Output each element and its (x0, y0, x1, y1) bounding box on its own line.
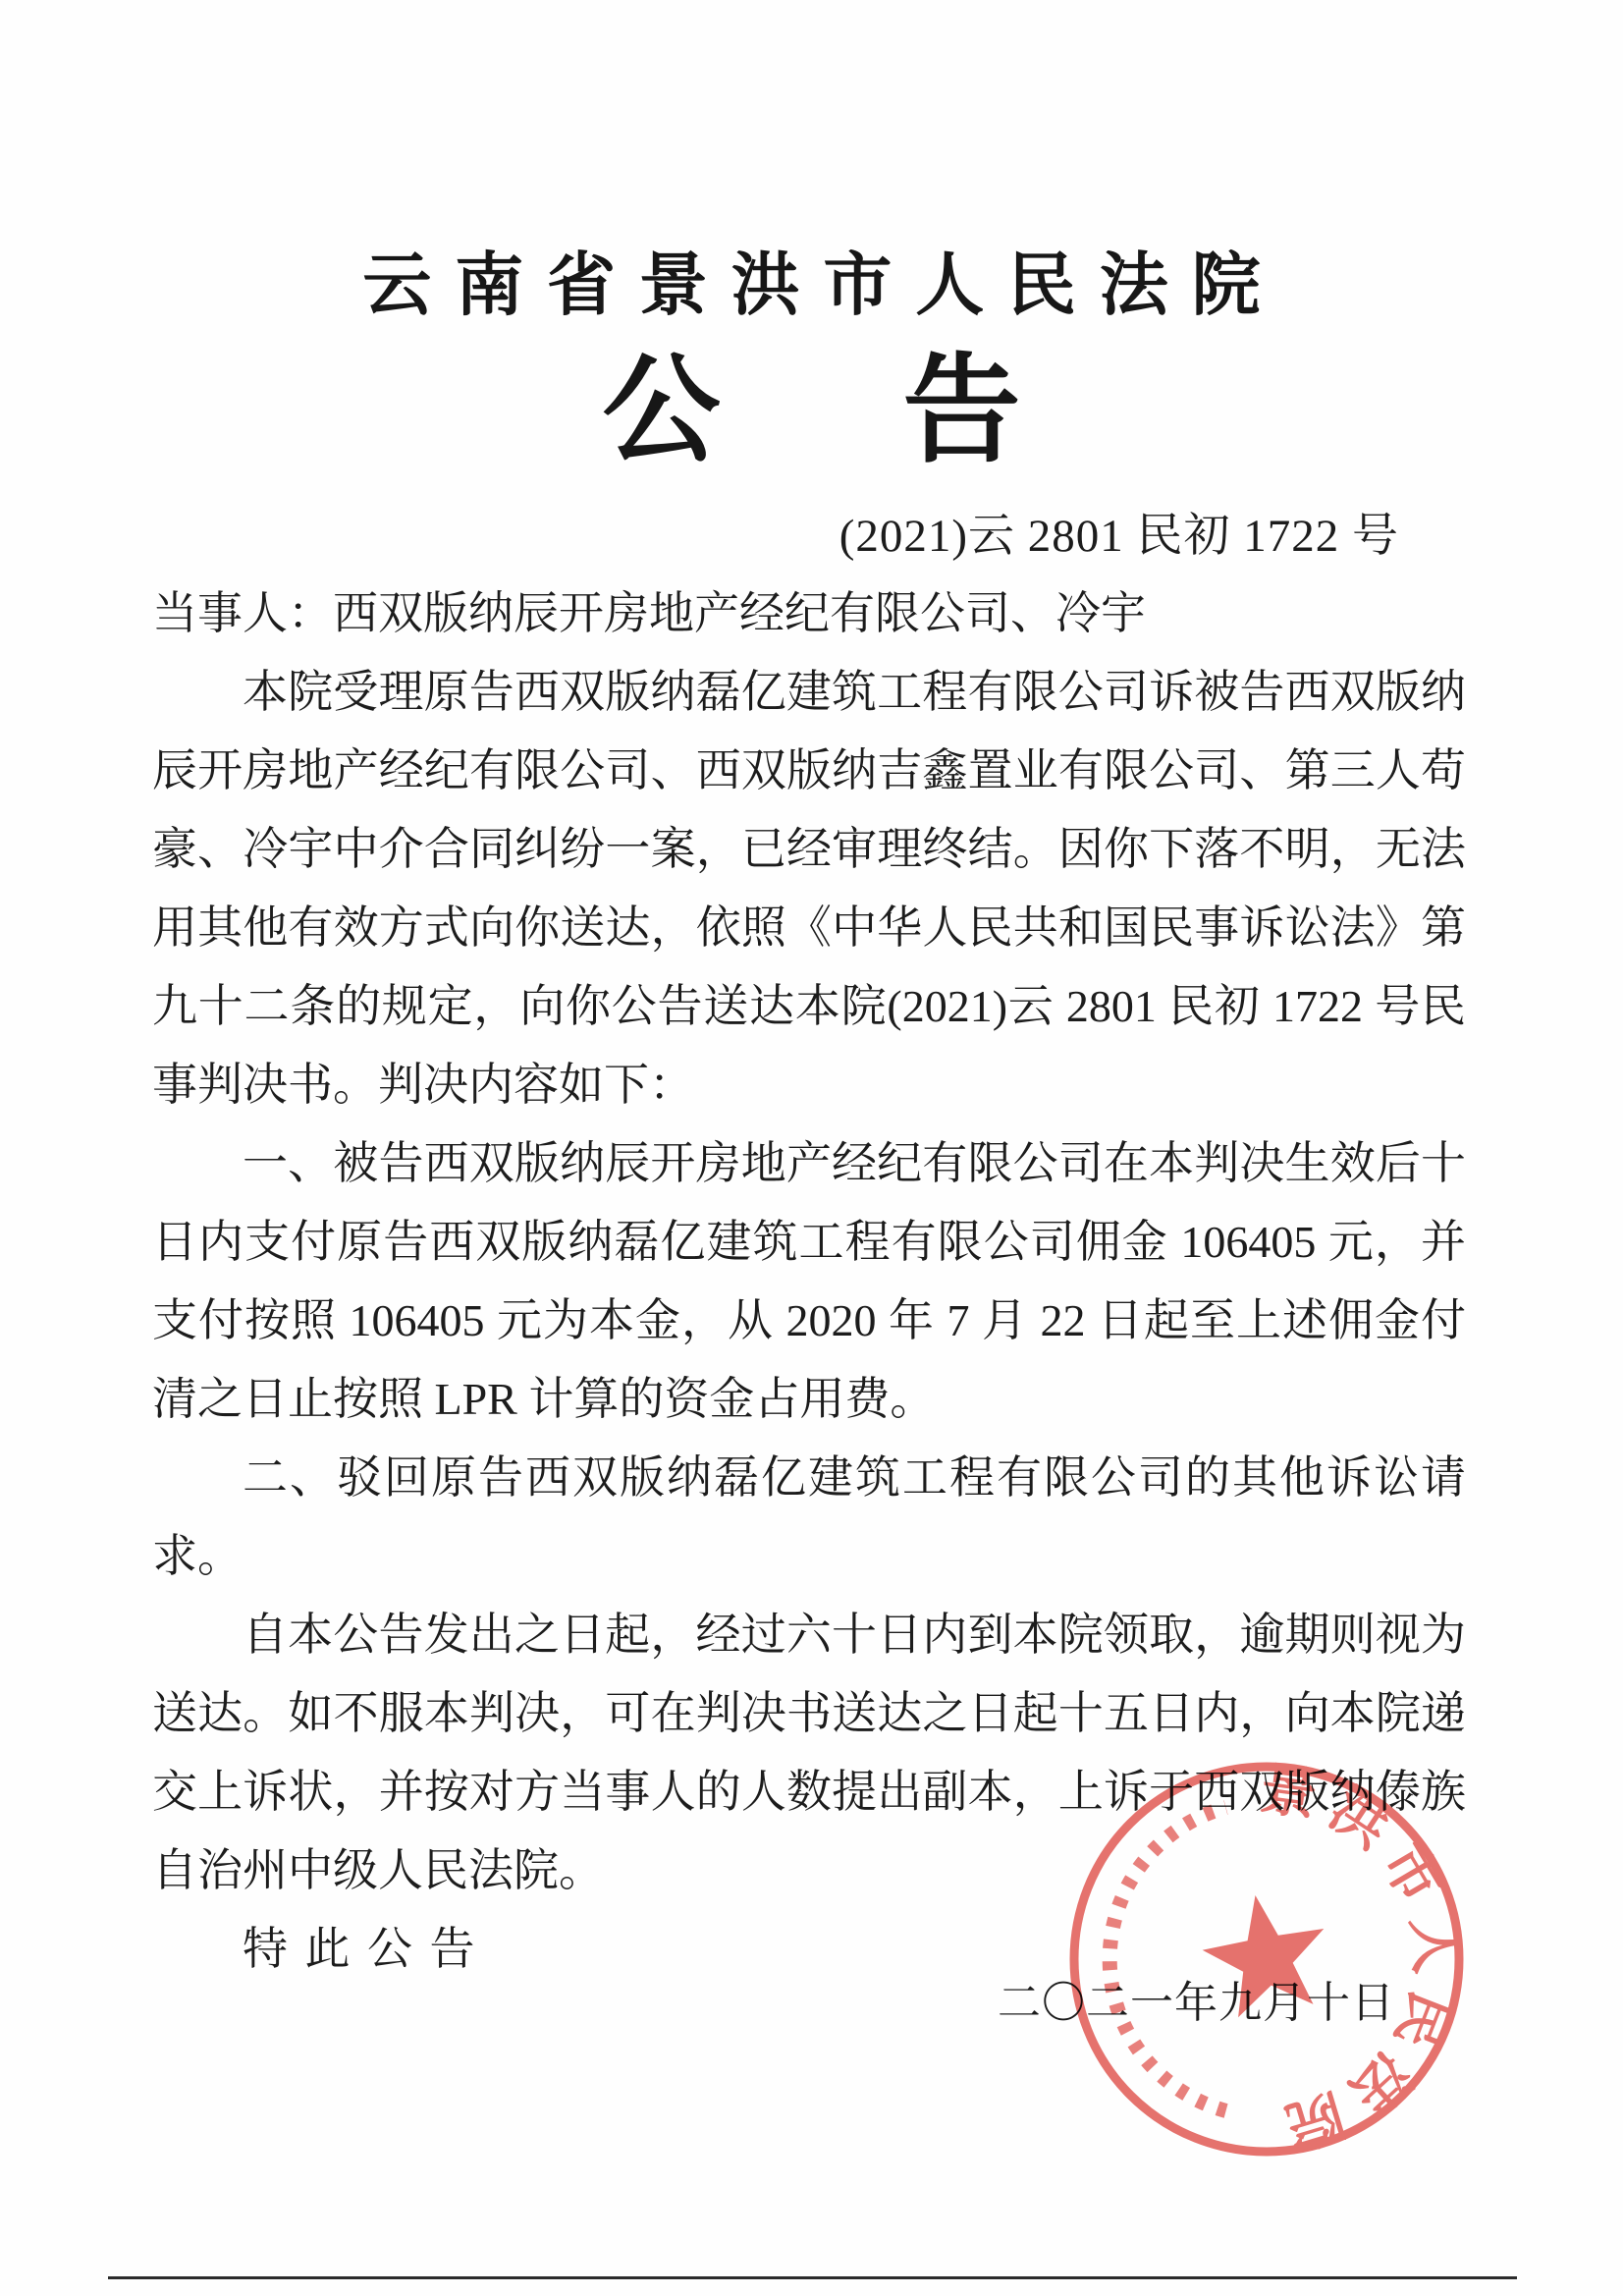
paragraph: 本院受理原告西双版纳磊亿建筑工程有限公司诉被告西双版纳辰开房地产经纪有限公司、西… (152, 653, 1466, 1124)
announcement-title: 公告 (0, 316, 1623, 485)
page-bottom-rule (108, 2276, 1517, 2279)
seal-star-icon (1203, 1895, 1325, 2017)
party-line: 当事人：西双版纳辰开房地产经纪有限公司、冷宇 (152, 574, 1466, 653)
seal-dai-script-marks (1109, 1808, 1225, 2111)
court-name-title: 云南省景洪市人民法院 (0, 230, 1623, 329)
paragraph: 二、驳回原告西双版纳磊亿建筑工程有限公司的其他诉讼请求。 (152, 1439, 1466, 1596)
paragraph: 一、被告西双版纳辰开房地产经纪有限公司在本判决生效后十日内支付原告西双版纳磊亿建… (152, 1124, 1466, 1439)
official-red-seal: 景洪市人民法院 (1055, 1748, 1478, 2170)
body-paragraphs: 本院受理原告西双版纳磊亿建筑工程有限公司诉被告西双版纳辰开房地产经纪有限公司、西… (152, 653, 1466, 1910)
court-announcement-page: 云南省景洪市人民法院 公告 (2021)云 2801 民初 1722 号 当事人… (0, 0, 1623, 2296)
case-number: (2021)云 2801 民初 1722 号 (0, 499, 1623, 565)
